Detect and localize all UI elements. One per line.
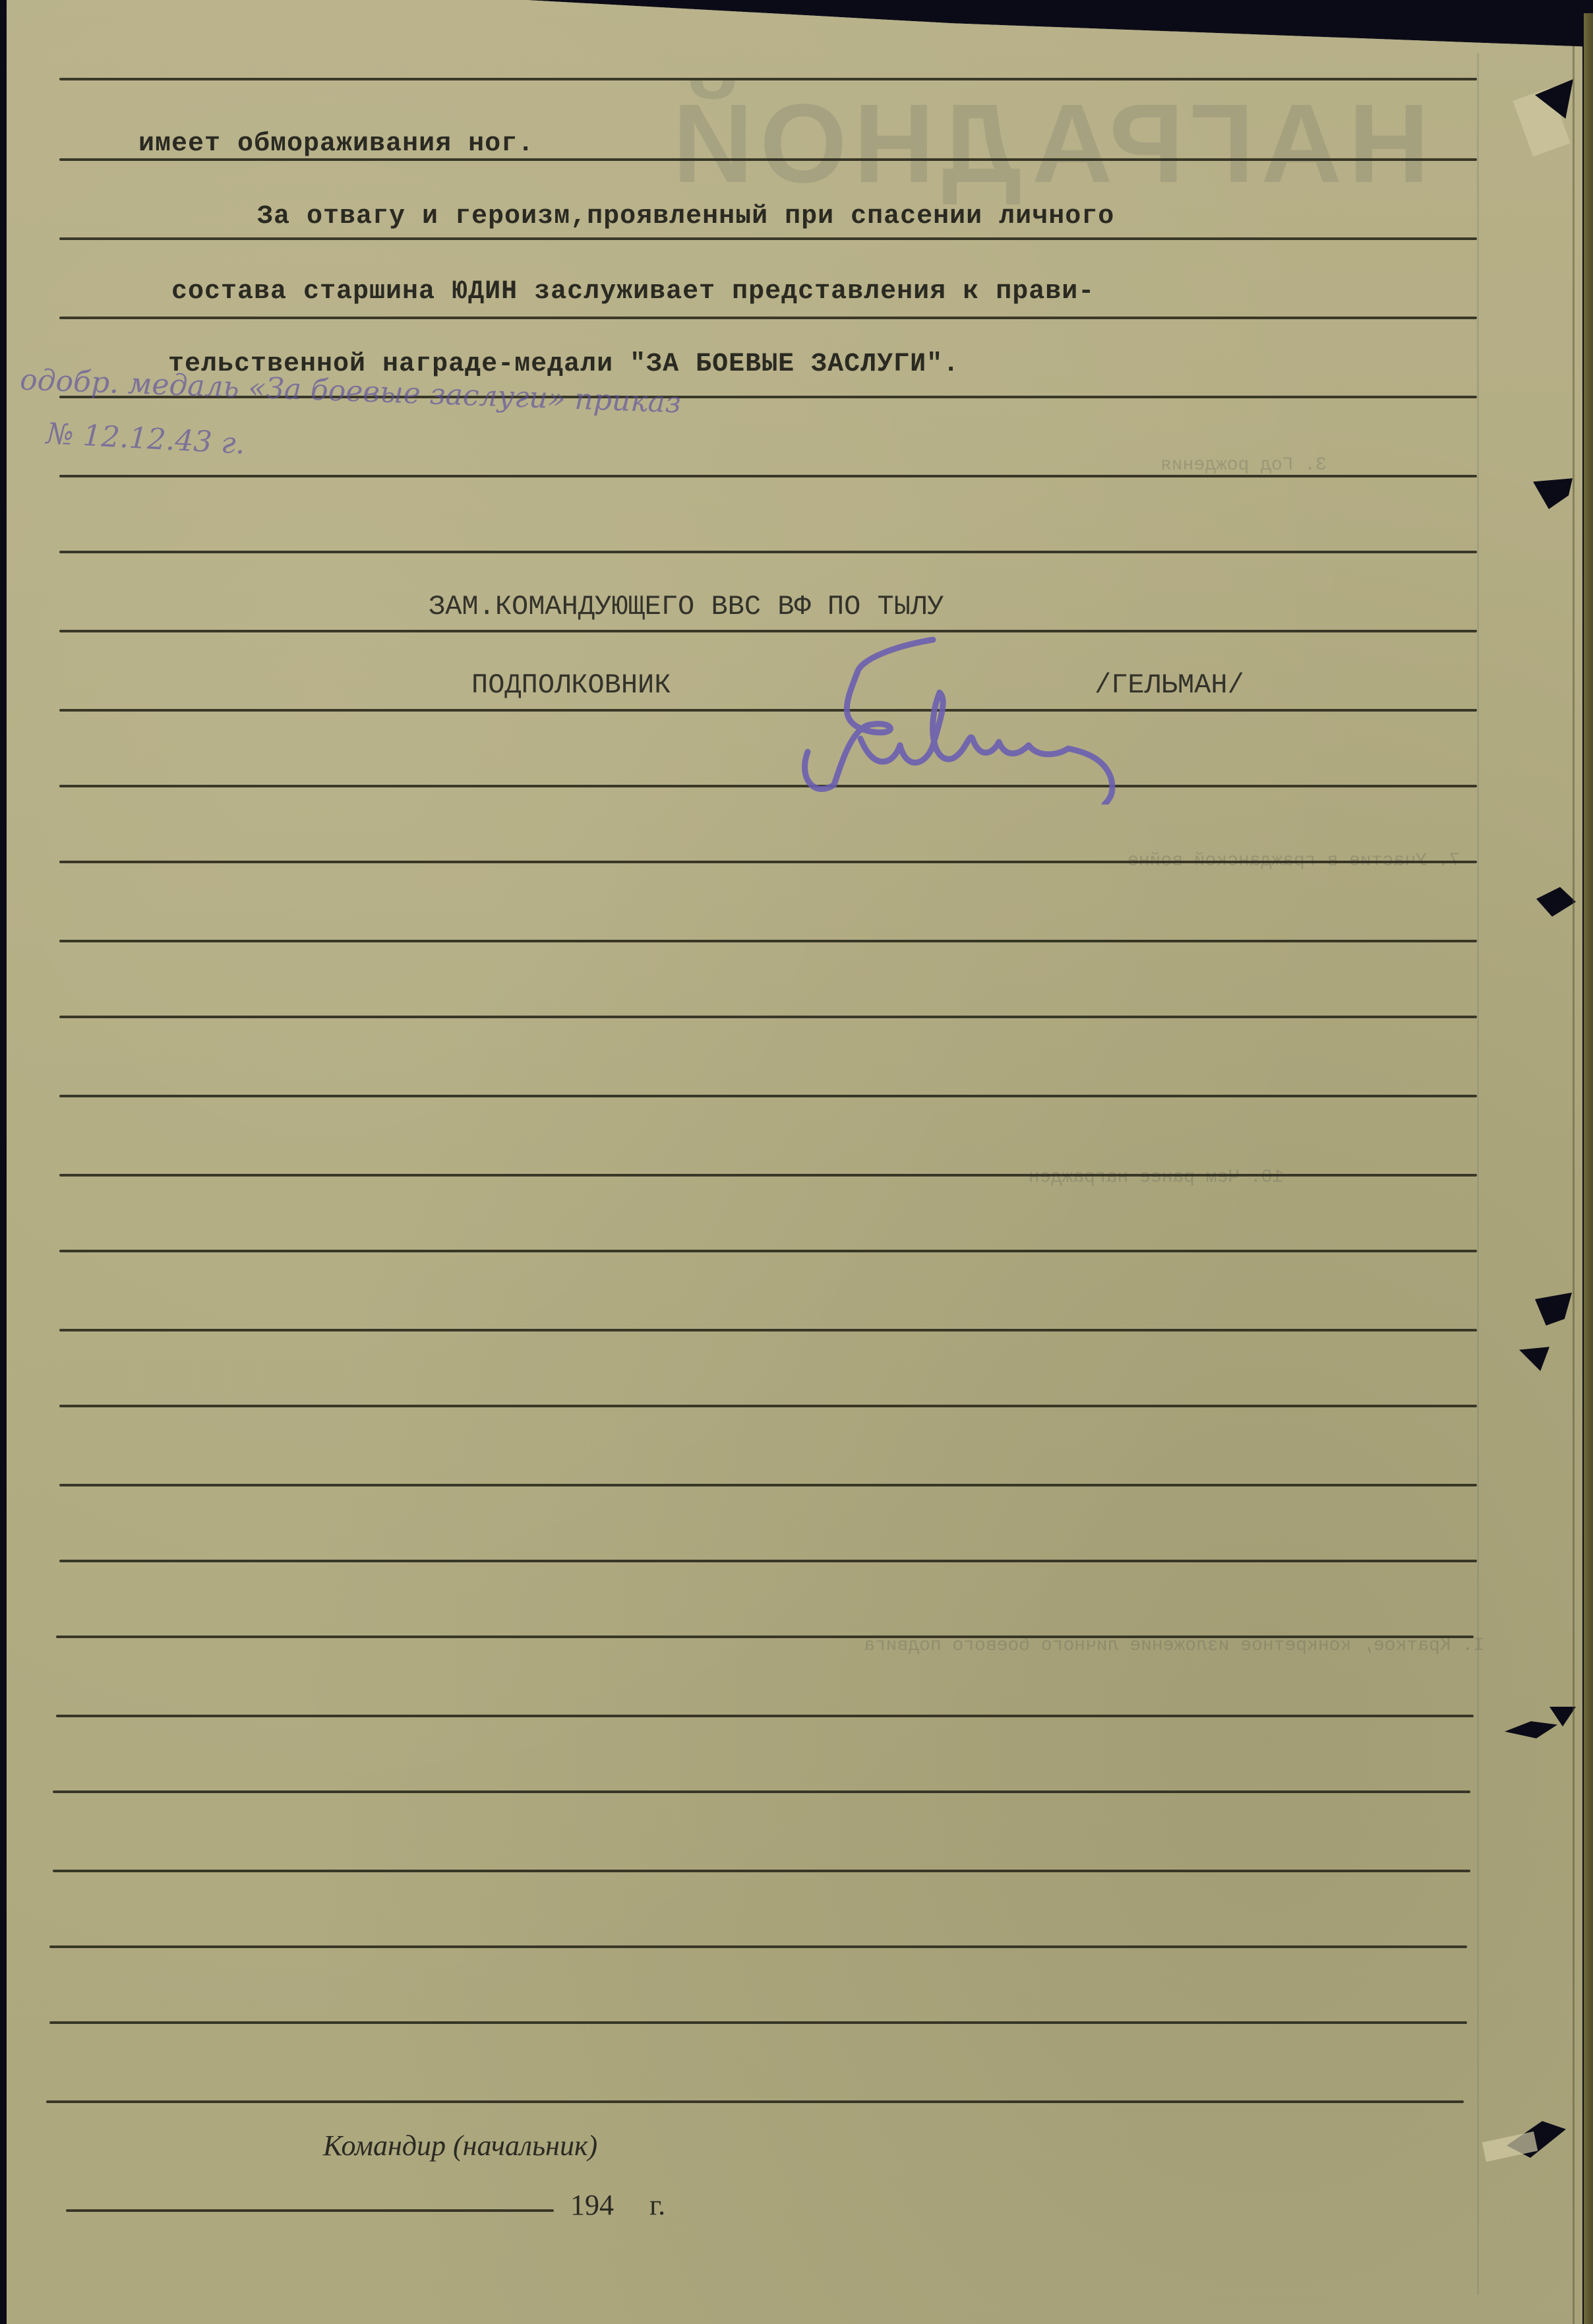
citation-line-2: За отвагу и героизм,проявленный при спас… <box>257 202 1114 231</box>
form-rule <box>59 1016 1477 1018</box>
date-year-prefix: 194 <box>570 2188 614 2222</box>
form-rule <box>59 1484 1477 1486</box>
form-rule <box>56 1715 1474 1717</box>
commander-label: Командир (начальник) <box>323 2129 597 2162</box>
form-rule <box>59 1095 1477 1097</box>
binding-hole <box>1535 1293 1572 1326</box>
form-rule <box>53 1870 1470 1872</box>
form-rule <box>59 861 1477 863</box>
form-rule <box>59 1405 1477 1407</box>
scan-background-right <box>1584 13 1593 2324</box>
form-rule <box>59 475 1477 477</box>
form-rule <box>59 551 1477 553</box>
citation-line-1: имеет обмораживания ног. <box>138 129 534 159</box>
bleed-through-text: 10. Чем ранее награжден <box>1029 1167 1283 1188</box>
binding-hole <box>1519 1341 1549 1371</box>
signatory-position: ЗАМ.КОМАНДУЮЩЕГО ВВС ВФ ПО ТЫЛУ <box>429 591 944 623</box>
form-rule <box>53 1790 1470 1793</box>
fold-crease <box>1477 53 1479 2295</box>
document-page: НАГРАДНОЙ 3. Год рождения 7. Участие в г… <box>7 0 1582 2324</box>
form-rule <box>59 78 1477 80</box>
form-rule <box>49 2021 1467 2024</box>
form-rule <box>59 1560 1477 1562</box>
form-rule <box>59 630 1477 632</box>
form-rule <box>59 237 1477 240</box>
form-rule <box>59 1250 1477 1252</box>
bleed-through-heading: НАГРАДНОЙ <box>666 79 1429 208</box>
date-year-suffix: г. <box>649 2188 665 2222</box>
form-rule <box>59 1329 1477 1331</box>
signatory-rank: ПОДПОЛКОВНИК <box>471 669 671 701</box>
binding-hole <box>1533 475 1573 509</box>
form-rule <box>56 1636 1474 1638</box>
form-rule <box>59 317 1477 319</box>
form-rule <box>59 709 1477 712</box>
signature-icon <box>795 627 1177 805</box>
form-rule <box>59 940 1477 942</box>
form-rule <box>59 785 1477 787</box>
citation-line-3: состава старшина ЮДИН заслуживает предст… <box>171 277 1095 307</box>
date-blank-rule <box>66 2209 554 2212</box>
handwritten-annotation-line-2: № 12.12.43 г. <box>45 417 246 461</box>
binding-hole <box>1536 887 1576 917</box>
form-rule <box>46 2100 1464 2103</box>
form-rule <box>59 1174 1477 1177</box>
binding-hole <box>1549 1707 1576 1727</box>
binding-hole <box>1505 1721 1557 1738</box>
page-edge-line <box>1573 13 1575 2324</box>
bleed-through-text: 3. Год рождения <box>1160 455 1327 475</box>
bleed-through-text: I. Краткое, конкретное изложение личного… <box>864 1636 1484 1656</box>
form-rule <box>49 1945 1467 1948</box>
